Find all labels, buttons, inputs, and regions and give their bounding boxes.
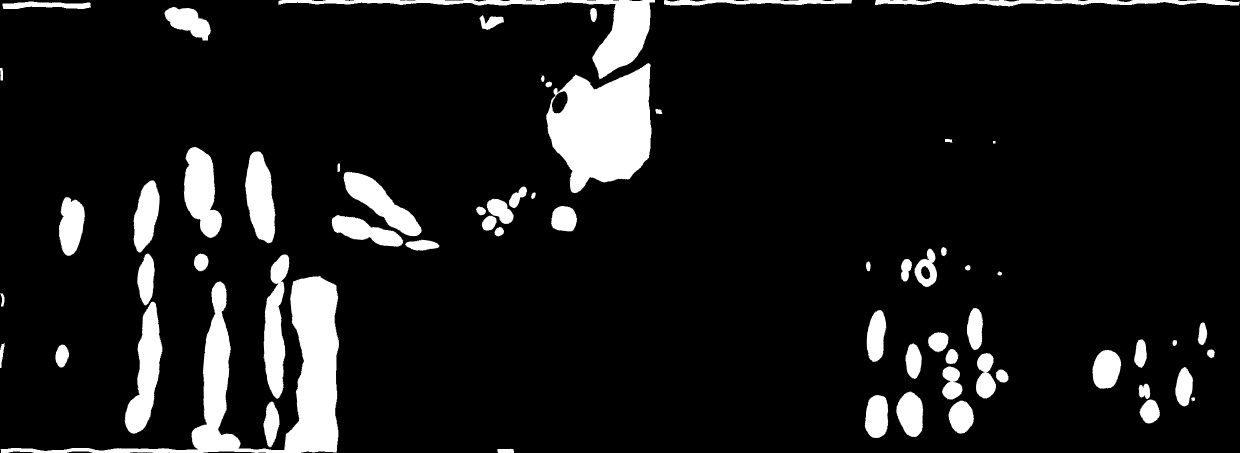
left-thumb-blob xyxy=(166,8,182,20)
center-blob-cluster xyxy=(518,187,526,197)
top-right-border-line-b xyxy=(876,0,1240,4)
center-blob-cluster xyxy=(476,208,484,216)
wall-dash-c xyxy=(657,110,663,114)
bright-column-speckle xyxy=(296,386,302,394)
small-hand-blob xyxy=(1199,324,1207,344)
finger-streak-c xyxy=(195,253,209,271)
forearm-streak-lower xyxy=(332,214,344,234)
knuckle-mark xyxy=(901,270,909,282)
fingertip-right xyxy=(976,374,996,398)
binary-image-figure xyxy=(0,0,1240,453)
top-middle-border-line xyxy=(278,0,656,4)
left-edge-mark-c xyxy=(0,343,3,368)
knuckle-mark xyxy=(866,262,872,270)
pointing-fingertip xyxy=(551,206,577,232)
palm-blob xyxy=(946,350,958,364)
finger-streak-c xyxy=(200,211,222,237)
knuckle-mark xyxy=(941,248,947,256)
palm-blob xyxy=(942,381,962,399)
hand-speckle xyxy=(554,88,558,94)
thresholded-hands-image xyxy=(0,0,1240,453)
small-top-mark xyxy=(589,8,597,22)
small-hand-blob xyxy=(1142,382,1150,398)
finger-streak-c-tip xyxy=(212,433,240,453)
fingertip-mid xyxy=(905,344,923,378)
left-thumb-tail xyxy=(202,32,207,41)
wall-dash-b xyxy=(993,141,996,144)
top-left-border-line xyxy=(3,3,90,8)
bright-column-speckle xyxy=(292,434,300,446)
small-hand-blob xyxy=(1206,348,1214,358)
knuckle-mark xyxy=(965,265,971,271)
finger-streak-c xyxy=(185,148,207,168)
bright-column-speckle xyxy=(299,410,305,420)
fingertip-right xyxy=(997,370,1007,382)
left-edge-mark-b xyxy=(0,295,2,307)
small-hand-blob xyxy=(1191,398,1195,402)
bottom-left-border-line xyxy=(0,449,290,453)
left-edge-mark-a xyxy=(0,68,3,82)
forearm-tick xyxy=(337,164,340,173)
top-right-border-line-a xyxy=(665,0,853,4)
knuckle-ring-hole xyxy=(922,268,930,280)
center-blob-cluster xyxy=(531,193,535,199)
center-blob-cluster xyxy=(495,227,505,237)
wall-dash-a xyxy=(945,141,953,144)
black-background xyxy=(0,0,1240,453)
hand-speckle xyxy=(546,81,552,87)
bottom-middle-border-line xyxy=(497,449,513,453)
palm-blob xyxy=(942,367,960,381)
hand-speckle xyxy=(541,75,545,81)
knuckle-mark xyxy=(998,273,1002,277)
finger-streak-d xyxy=(264,403,278,447)
fingertip-right xyxy=(977,354,993,374)
small-hand-blob xyxy=(1141,399,1159,423)
small-hand-blob xyxy=(1173,339,1177,345)
